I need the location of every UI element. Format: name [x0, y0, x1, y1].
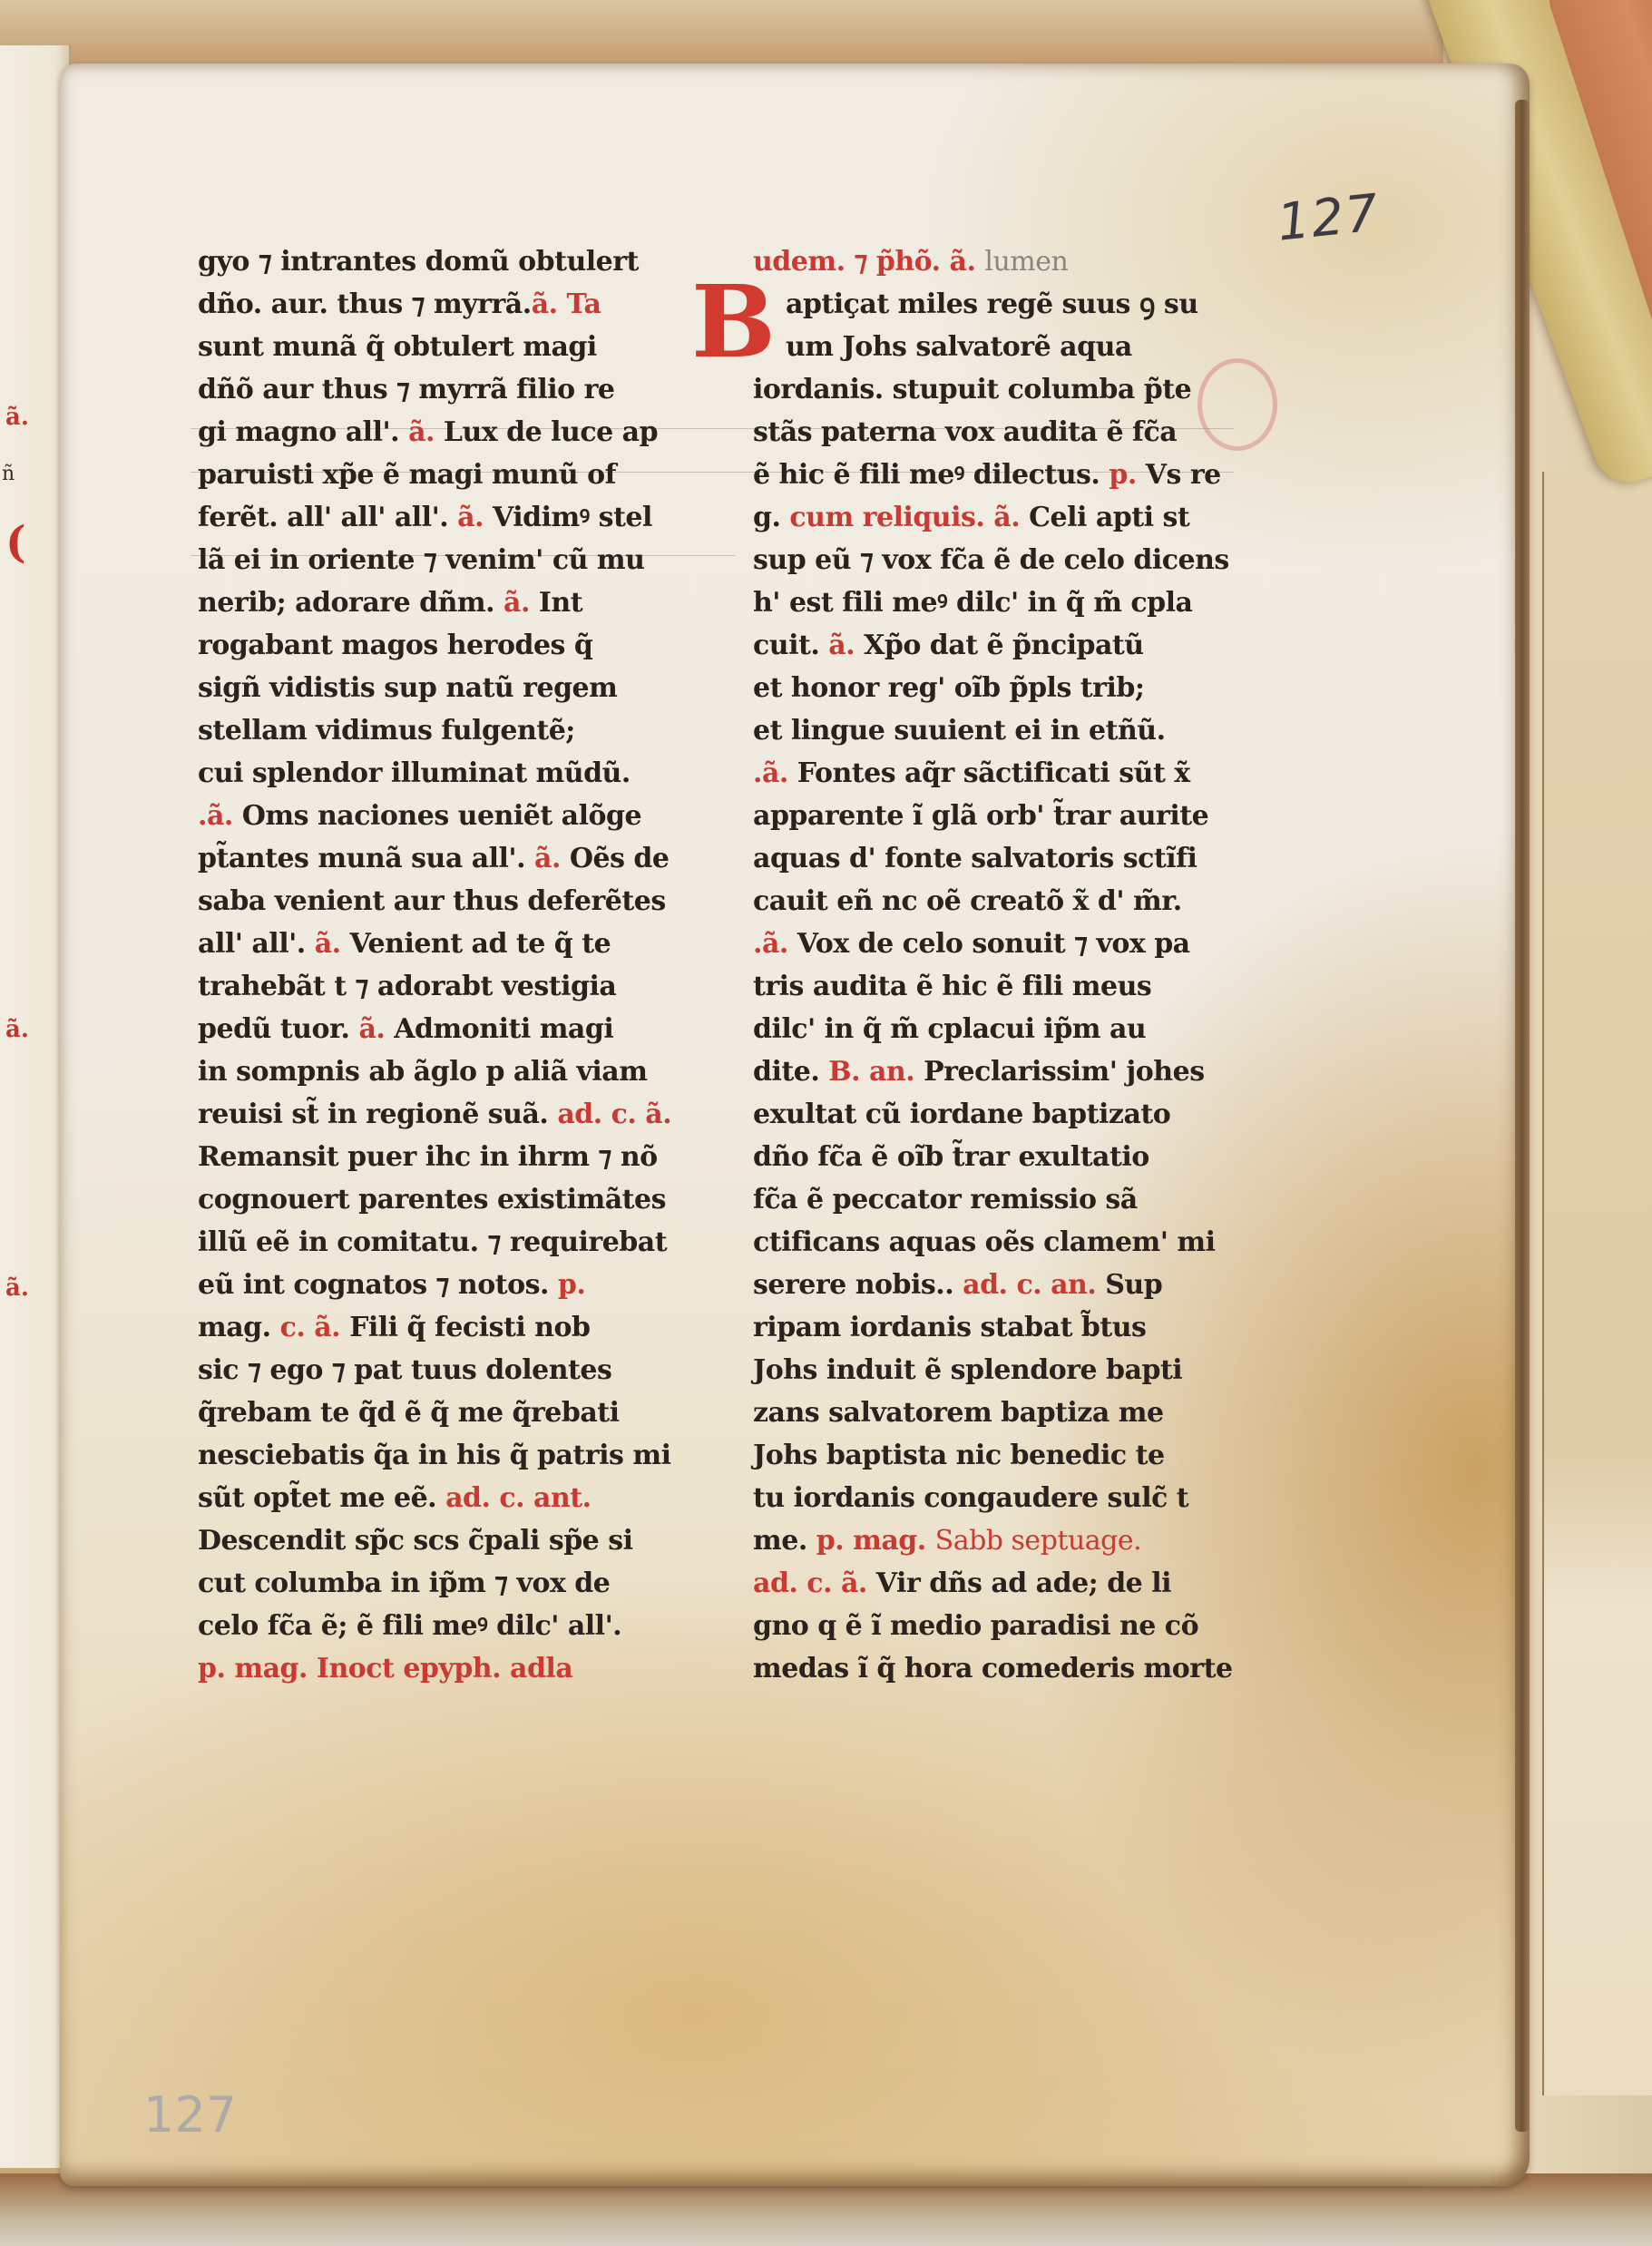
- text-line: cauit eñ nc oẽ creatõ x̃ d' m̃r.: [753, 880, 1225, 923]
- text-line: cognouert parentes existimãtes: [198, 1178, 706, 1221]
- text-line: um Johs salvatorẽ aqua: [786, 326, 1225, 368]
- text-line: medas ĩ q̃ hora comederis morte: [753, 1647, 1225, 1690]
- text-line: eũ int cognatos ⁊ notos. p.: [198, 1264, 706, 1306]
- left-text-column: gyo ⁊ intrantes domũ obtulert dño. aur. …: [198, 240, 706, 1690]
- text-line: ripam iordanis stabat b̃tus: [753, 1306, 1225, 1349]
- text-line: .ã. Fontes aq̃r sãctificati sũt x̃: [753, 752, 1225, 795]
- text-line: Remansit puer ihc in ihrm ⁊ nõ: [198, 1136, 706, 1178]
- text-line: Johs baptista nic benedic te: [753, 1434, 1225, 1477]
- pencil-folio-number: 127: [143, 2086, 237, 2143]
- text-line: udem. ⁊ p̃hõ. ã. lumen: [753, 240, 1225, 283]
- text-line: cut columba in ip̃m ⁊ vox de: [198, 1562, 706, 1605]
- text-line: gyo ⁊ intrantes domũ obtulert: [198, 240, 706, 283]
- text-line: saba venient aur thus deferẽtes: [198, 880, 706, 923]
- text-line: stãs paterna vox audita ẽ fc̃a: [753, 411, 1225, 454]
- text-line: apparente ĩ glã orb' t̃rar aurite: [753, 795, 1225, 837]
- text-line: rogabant magos herodes q̃: [198, 624, 706, 667]
- text-line: in sompnis ab ãglo p aliã viam: [198, 1050, 706, 1093]
- facing-rubric-mark: ã.: [5, 1016, 29, 1043]
- text-line: exultat cũ iordane baptizato: [753, 1093, 1225, 1136]
- text-line: cui splendor illuminat mũdũ.: [198, 752, 706, 795]
- text-line: Descendit sp̃c scs c̃pali sp̃e si: [198, 1519, 706, 1562]
- text-line: sũt opt̃et me eẽ. ad. c. ant.: [198, 1477, 706, 1519]
- text-line: paruisti xp̃e ẽ magi munũ of: [198, 454, 706, 496]
- text-line: sup eũ ⁊ vox fc̃a ẽ de celo dicens: [753, 539, 1225, 581]
- text-line: tris audita ẽ hic ẽ fili meus: [753, 965, 1225, 1008]
- text-line: ad. c. ã. Vir dñs ad ade; de li: [753, 1562, 1225, 1605]
- facing-rubric-mark: ã.: [5, 404, 29, 431]
- text-line: illũ eẽ in comitatu. ⁊ requirebat: [198, 1221, 706, 1264]
- text-line: h' est fili meꝰ dilc' in q̃ m̃ cpla: [753, 581, 1225, 624]
- text-line: celo fc̃a ẽ; ẽ fili meꝰ dilc' all'.: [198, 1605, 706, 1647]
- text-line: cuit. ã. Xp̃o dat ẽ p̃ncipatũ: [753, 624, 1225, 667]
- rubric-line: p. mag. Inoct epyph. adla: [198, 1647, 706, 1690]
- text-line: serere nobis.. ad. c. an. Sup: [753, 1264, 1225, 1306]
- text-line: aptiçat miles regẽ suus ꝯ su: [786, 283, 1225, 326]
- text-line: zans salvatorem baptiza me: [753, 1392, 1225, 1434]
- text-line: sunt munã q̃ obtulert magi: [198, 326, 706, 368]
- text-line: lã ei in oriente ⁊ venim' cũ mu: [198, 539, 706, 581]
- facing-rubric-mark: ã.: [5, 1274, 29, 1302]
- right-text-column: udem. ⁊ p̃hõ. ã. lumen aptiçat miles reg…: [753, 240, 1225, 1690]
- text-line: all' all'. ã. Venient ad te q̃ te: [198, 923, 706, 965]
- text-line: dñõ aur thus ⁊ myrrã filio re: [198, 368, 706, 411]
- text-line: ferẽt. all' all' all'. ã. Vidimꝰ stel: [198, 496, 706, 539]
- folio-edge: [1515, 100, 1530, 2132]
- text-line: dño fc̃a ẽ oĩb t̃rar exultatio: [753, 1136, 1225, 1178]
- text-line: reuisi st̃ in regionẽ suã. ad. c. ã.: [198, 1093, 706, 1136]
- text-line: ẽ hic ẽ fili meꝰ dilectus. p. Vs re: [753, 454, 1225, 496]
- text-line: nerib; adorare dñm. ã. Int: [198, 581, 706, 624]
- folio-number: 127: [1275, 183, 1383, 252]
- text-line: gi magno all'. ã. Lux de luce ap: [198, 411, 706, 454]
- text-line: pt̃antes munã sua all'. ã. Oẽs de: [198, 837, 706, 880]
- text-line: dño. aur. thus ⁊ myrrã.ã. Ta: [198, 283, 706, 326]
- text-line: q̃rebam te q̃d ẽ q̃ me q̃rebati: [198, 1392, 706, 1434]
- text-line: g. cum reliquis. ã. Celi apti st: [753, 496, 1225, 539]
- facing-rubric-mark: (: [5, 517, 26, 568]
- underlying-leaves: [1542, 472, 1652, 2095]
- text-line: gno q ẽ ĩ medio paradisi ne cõ: [753, 1605, 1225, 1647]
- text-line: iordanis. stupuit columba p̃te: [753, 368, 1225, 411]
- text-line: aquas d' fonte salvatoris sctĩfi: [753, 837, 1225, 880]
- text-line: sigñ vidistis sup natũ regem: [198, 667, 706, 709]
- text-line: et honor reg' oĩb p̃pls trib;: [753, 667, 1225, 709]
- text-line: tu iordanis congaudere sulc̃ t: [753, 1477, 1225, 1519]
- text-line: fc̃a ẽ peccator remissio sã: [753, 1178, 1225, 1221]
- text-line: stellam vidimus fulgentẽ;: [198, 709, 706, 752]
- text-line: .ã. Vox de celo sonuit ⁊ vox pa: [753, 923, 1225, 965]
- text-line: trahebãt t ⁊ adorabt vestigia: [198, 965, 706, 1008]
- text-line: mag. c. ã. Fili q̃ fecisti nob: [198, 1306, 706, 1349]
- facing-ink-mark: ñ: [2, 463, 15, 485]
- text-line: me. p. mag. Sabb septuage.: [753, 1519, 1225, 1562]
- text-line: et lingue suuient ei in etñũ.: [753, 709, 1225, 752]
- text-line: Johs induit ẽ splendore bapti: [753, 1349, 1225, 1392]
- text-line: .ã. Oms naciones ueniẽt alõge: [198, 795, 706, 837]
- text-line: ctificans aquas oẽs clamem' mi: [753, 1221, 1225, 1264]
- text-line: pedũ tuor. ã. Admoniti magi: [198, 1008, 706, 1050]
- text-line: sic ⁊ ego ⁊ pat tuus dolentes: [198, 1349, 706, 1392]
- text-line: dite. B. an. Preclarissim' johes: [753, 1050, 1225, 1093]
- text-line: nesciebatis q̃a in his q̃ patris mi: [198, 1434, 706, 1477]
- text-line: dilc' in q̃ m̃ cplacui ip̃m au: [753, 1008, 1225, 1050]
